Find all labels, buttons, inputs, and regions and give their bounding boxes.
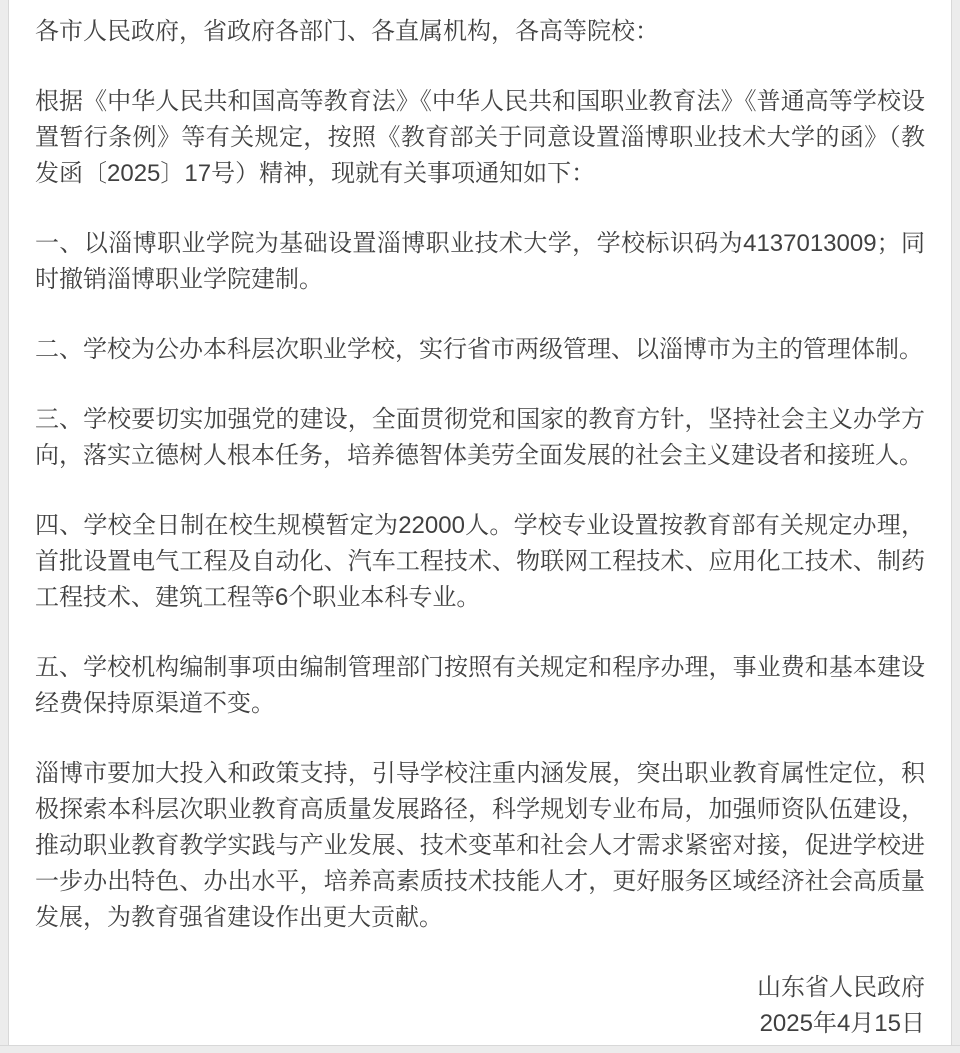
notice-item-2: 二、学校为公办本科层次职业学校，实行省市两级管理、以淄博市为主的管理体制。 xyxy=(35,332,925,368)
notice-item-5: 五、学校机构编制事项由编制管理部门按照有关规定和程序办理，事业费和基本建设经费保… xyxy=(35,650,925,722)
notice-item-3: 三、学校要切实加强党的建设，全面贯彻党和国家的教育方针，坚持社会主义办学方向，落… xyxy=(35,402,925,474)
issue-date: 2025年4月15日 xyxy=(35,1006,925,1042)
notice-item-1: 一、以淄博职业学院为基础设置淄博职业技术大学，学校标识码为4137013009；… xyxy=(35,226,925,298)
notice-body: 各市人民政府，省政府各部门、各直属机构，各高等院校： 根据《中华人民共和国高等教… xyxy=(35,14,925,1042)
issuing-authority: 山东省人民政府 xyxy=(35,970,925,1006)
signature-block: 山东省人民政府 2025年4月15日 xyxy=(35,970,925,1042)
notice-item-4: 四、学校全日制在校生规模暂定为22000人。学校专业设置按教育部有关规定办理，首… xyxy=(35,508,925,616)
left-edge-strip xyxy=(0,0,9,1053)
bottom-edge-strip xyxy=(0,1045,960,1053)
intro-paragraph: 根据《中华人民共和国高等教育法》《中华人民共和国职业教育法》《普通高等学校设置暂… xyxy=(35,84,925,192)
salutation-line: 各市人民政府，省政府各部门、各直属机构，各高等院校： xyxy=(35,14,925,50)
right-edge-strip xyxy=(951,0,960,1053)
closing-paragraph: 淄博市要加大投入和政策支持，引导学校注重内涵发展，突出职业教育属性定位，积极探索… xyxy=(35,756,925,936)
document-page: 各市人民政府，省政府各部门、各直属机构，各高等院校： 根据《中华人民共和国高等教… xyxy=(0,0,960,1053)
